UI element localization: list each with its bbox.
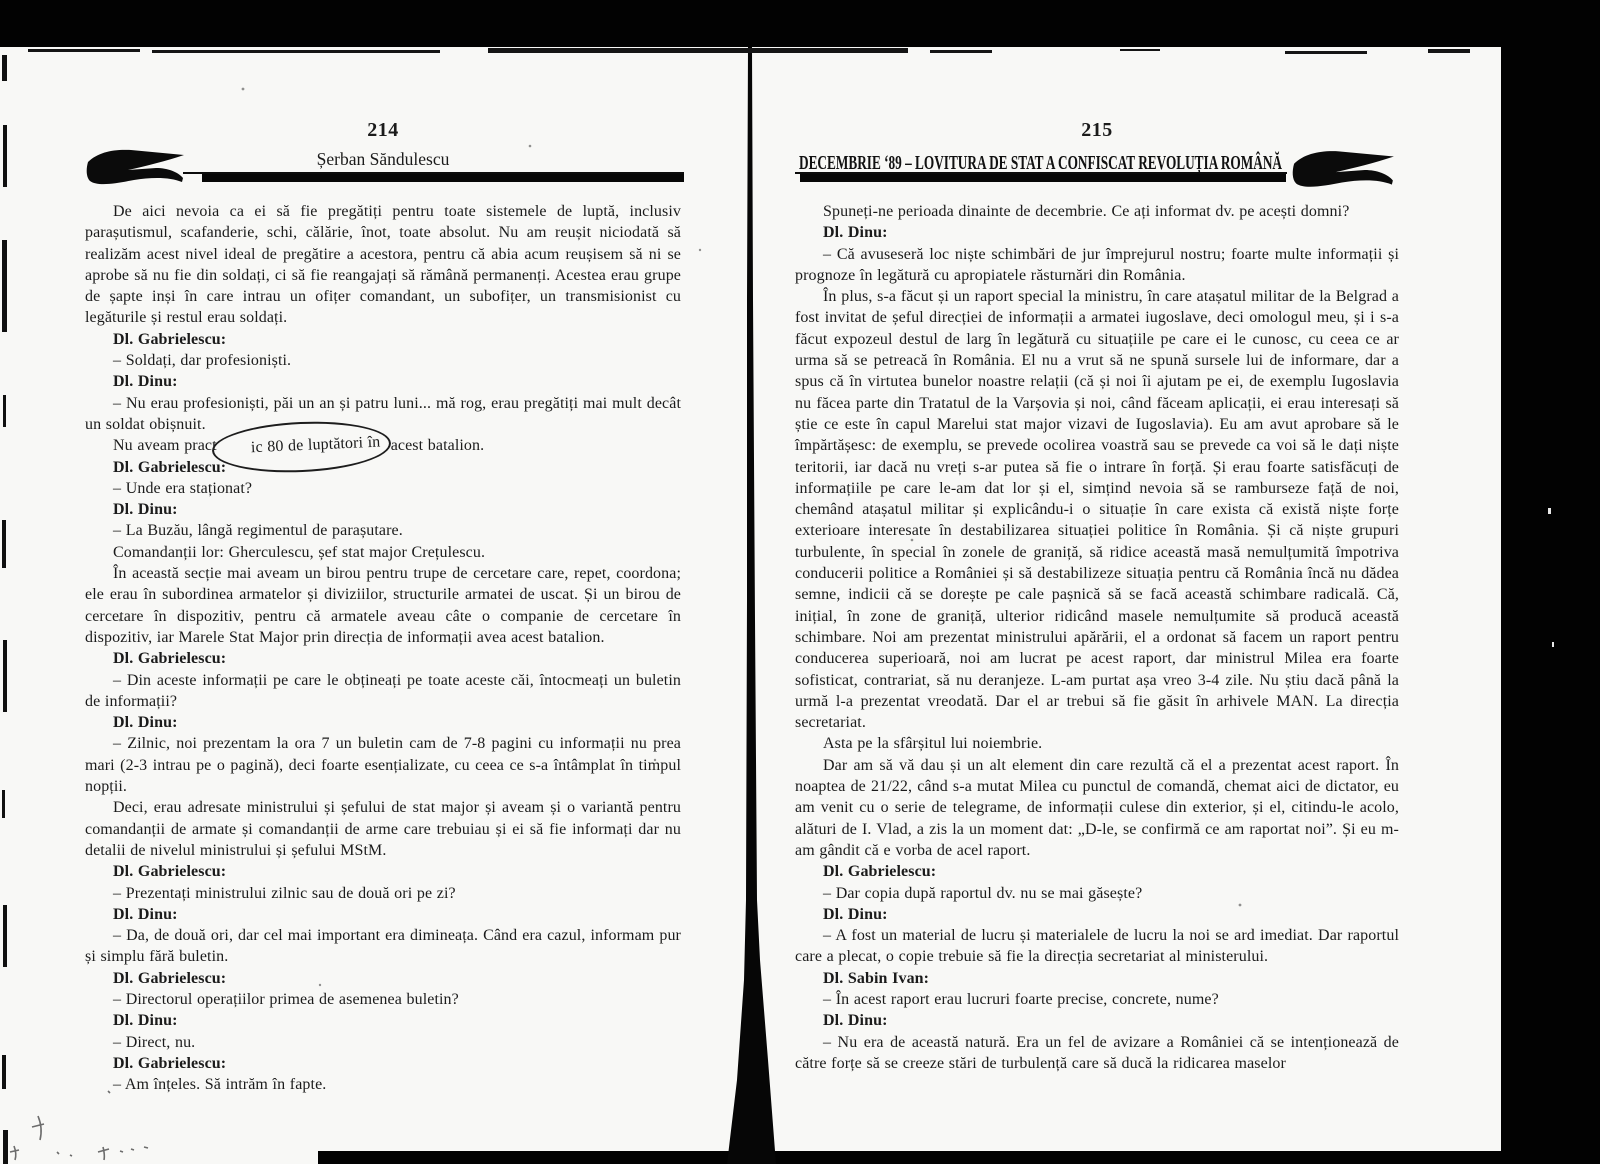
speaker-line: Dl. Gabrielescu: [85,329,681,350]
pencil-scribble [10,1091,148,1160]
dialogue-paragraph: – Prezentați ministrului zilnic sau de d… [85,883,681,904]
dialogue-paragraph: – A fost un material de lucru și materia… [795,925,1399,968]
scan-edge-left-dashes [2,55,8,1164]
dialogue-paragraph: – Da, de două ori, dar cel mai important… [85,925,681,968]
dialogue-paragraph: Deci, erau adresate ministrului și șeful… [85,797,681,861]
dialogue-paragraph: – În acest raport erau lucruri foarte pr… [795,989,1399,1010]
dialogue-paragraph: – Că avuseseră loc niște schimbări de ju… [795,244,1399,287]
page-number-left: 214 [85,119,681,142]
speaker-line: Dl. Gabrielescu: [795,861,1399,882]
dialogue-paragraph: Nu aveam practic 80 de luptători în aces… [85,435,681,456]
dialogue-paragraph: Asta pe la sfârșitul lui noiembrie. [795,733,1399,754]
book-gutter-shadow [727,47,776,1164]
page-number-right: 215 [795,119,1399,142]
dialogue-paragraph: – Unde era staționat? [85,478,681,499]
scan-edge-right [1501,0,1600,1164]
speaker-line: Dl. Gabrielescu: [85,648,681,669]
dialogue-paragraph: Spuneți-ne perioada dinainte de decembri… [795,201,1399,222]
header-rule-right [800,174,1286,182]
page-body-left: De aici nevoia ca ei să fie pregătiți pe… [85,201,681,1095]
speaker-line: Dl. Dinu: [795,222,1399,243]
speaker-line: Dl. Gabrielescu: [85,1053,681,1074]
page-body-right: Spuneți-ne perioada dinainte de decembri… [795,201,1399,1074]
scan-edge-top [0,0,1600,47]
speaker-line: Dl. Dinu: [85,371,681,392]
dialogue-paragraph: Dar am să vă dau și un alt element din c… [795,755,1399,861]
dialogue-paragraph: – Dar copia după raportul dv. nu se mai … [795,883,1399,904]
dialogue-paragraph: În această secție mai aveam un birou pen… [85,563,681,648]
speaker-line: Dl. Dinu: [795,904,1399,925]
book-scan: 214 Șerban Săndulescu De aici nevoia ca … [0,0,1600,1164]
speaker-line: Dl. Gabrielescu: [85,861,681,882]
speaker-line: Dl. Gabrielescu: [85,968,681,989]
dialogue-paragraph: – Zilnic, noi prezentam la ora 7 un bule… [85,733,681,797]
scan-edge-line [28,48,1470,54]
dialogue-paragraph: În plus, s-a făcut și un raport special … [795,286,1399,733]
dialogue-paragraph: – Am înțeles. Să intrăm în fapte. [85,1074,681,1095]
dialogue-paragraph: – Nu era de această natură. Era un fel d… [795,1032,1399,1075]
dialogue-paragraph: – Nu erau profesioniști, păi un an și pa… [85,393,681,436]
dialogue-paragraph: De aici nevoia ca ei să fie pregătiți pe… [85,201,681,329]
speaker-line: Dl. Gabrielescu: [85,457,681,478]
speaker-line: Dl. Dinu: [85,712,681,733]
z-swoosh-logo-right [1292,147,1396,191]
running-header-right-text: DECEMBRIE ‘89 – LOVITURA DE STAT A CONFI… [799,152,1282,174]
dialogue-paragraph: – Soldați, dar profesioniști. [85,350,681,371]
dialogue-paragraph: Comandanții lor: Gherculescu, șef stat m… [85,542,681,563]
speaker-line: Dl. Dinu: [85,1010,681,1031]
dialogue-paragraph: – Direct, nu. [85,1032,681,1053]
running-header-left: Șerban Săndulescu [85,149,681,170]
speaker-line: Dl. Dinu: [795,1010,1399,1031]
speaker-line: Dl. Sabin Ivan: [795,968,1399,989]
scan-edge-bottom [318,1151,1600,1164]
speaker-line: Dl. Dinu: [85,904,681,925]
dialogue-paragraph: – Directorul operațiilor primea de aseme… [85,989,681,1010]
speaker-line: Dl. Dinu: [85,499,681,520]
dialogue-paragraph: – Din aceste informații pe care le obțin… [85,670,681,713]
header-rule-left [202,174,684,182]
dialogue-paragraph: – La Buzău, lângă regimentul de parașuta… [85,520,681,541]
